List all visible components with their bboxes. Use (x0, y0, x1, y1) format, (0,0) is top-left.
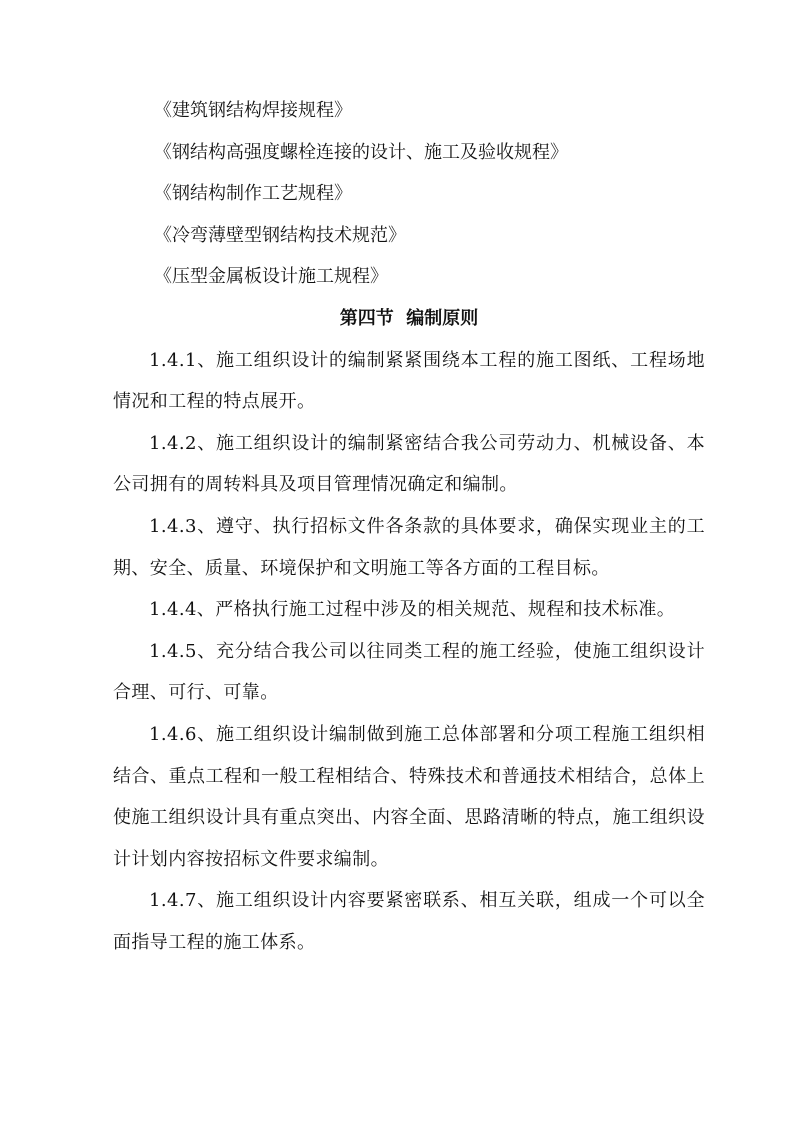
document-page: 《建筑钢结构焊接规程》 《钢结构高强度螺栓连接的设计、施工及验收规程》 《钢结构… (113, 90, 705, 963)
reference-item: 《钢结构高强度螺栓连接的设计、施工及验收规程》 (113, 132, 705, 174)
principle-paragraph-1-4-2: 1.4.2、施工组织设计的编制紧密结合我公司劳动力、机械设备、本公司拥有的周转料… (113, 423, 705, 506)
section-heading: 第四节 编制原则 (113, 298, 705, 340)
reference-item: 《冷弯薄壁型钢结构技术规范》 (113, 215, 705, 257)
reference-item: 《建筑钢结构焊接规程》 (113, 90, 705, 132)
principle-paragraph-1-4-5: 1.4.5、充分结合我公司以往同类工程的施工经验，使施工组织设计合理、可行、可靠… (113, 631, 705, 714)
principle-paragraph-1-4-6: 1.4.6、施工组织设计编制做到施工总体部署和分项工程施工组织相结合、重点工程和… (113, 714, 705, 880)
reference-item: 《压型金属板设计施工规程》 (113, 256, 705, 298)
principle-paragraph-1-4-3: 1.4.3、遵守、执行招标文件各条款的具体要求，确保实现业主的工期、安全、质量、… (113, 506, 705, 589)
principle-paragraph-1-4-4: 1.4.4、严格执行施工过程中涉及的相关规范、规程和技术标准。 (113, 589, 705, 631)
reference-item: 《钢结构制作工艺规程》 (113, 173, 705, 215)
principle-paragraph-1-4-1: 1.4.1、施工组织设计的编制紧紧围绕本工程的施工图纸、工程场地情况和工程的特点… (113, 340, 705, 423)
principle-paragraph-1-4-7: 1.4.7、施工组织设计内容要紧密联系、相互关联，组成一个可以全面指导工程的施工… (113, 880, 705, 963)
